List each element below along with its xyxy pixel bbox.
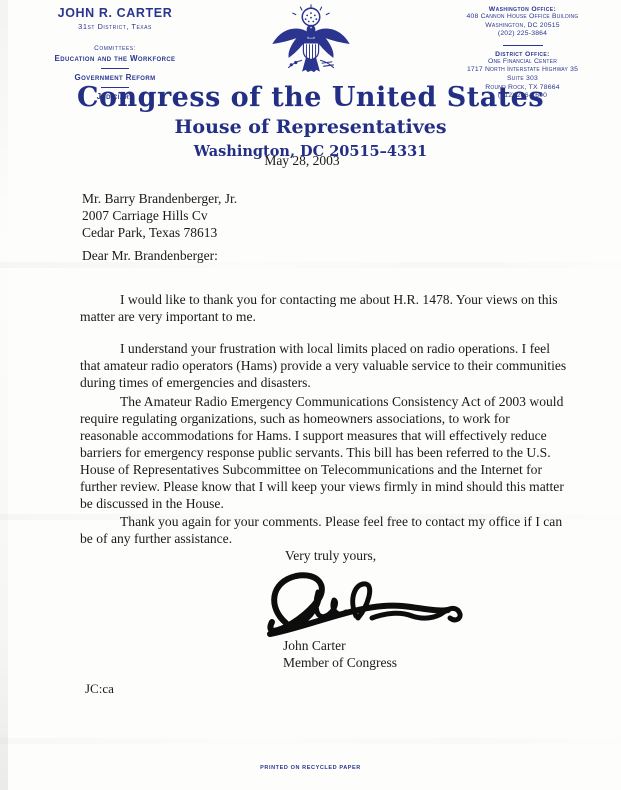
org-name-line1: Congress of the United States bbox=[0, 82, 621, 113]
letterhead-center: Congress of the United States House of R… bbox=[0, 0, 621, 160]
body-paragraph: Thank you again for your comments. Pleas… bbox=[80, 513, 570, 547]
recipient-street: 2007 Carriage Hills Cv bbox=[82, 207, 237, 224]
recycled-paper-note: PRINTED ON RECYCLED PAPER bbox=[0, 765, 621, 771]
signature-image bbox=[252, 568, 467, 646]
signer-title: Member of Congress bbox=[283, 654, 397, 671]
body-paragraph: The Amateur Radio Emergency Communicatio… bbox=[80, 393, 570, 512]
recipient-address-block: Mr. Barry Brandenberger, Jr. 2007 Carria… bbox=[82, 190, 237, 241]
salutation: Dear Mr. Brandenberger: bbox=[82, 248, 218, 264]
signer-name: John Carter bbox=[283, 637, 397, 654]
org-name-line2: House of Representatives bbox=[0, 116, 621, 138]
great-seal-eagle-icon bbox=[265, 4, 357, 80]
body-paragraph: I understand your frustration with local… bbox=[80, 340, 570, 391]
recipient-city: Cedar Park, Texas 78613 bbox=[82, 224, 237, 241]
signature-block: John Carter Member of Congress bbox=[283, 637, 397, 671]
closing: Very truly yours, bbox=[285, 548, 376, 564]
scan-artifact bbox=[0, 738, 621, 744]
recipient-name: Mr. Barry Brandenberger, Jr. bbox=[82, 190, 237, 207]
letter-date: May 28, 2003 bbox=[0, 153, 604, 169]
scanned-letter-page: JOHN R. CARTER 31st District, Texas Comm… bbox=[0, 0, 621, 790]
body-paragraph: I would like to thank you for contacting… bbox=[80, 291, 570, 325]
reference-initials: JC:ca bbox=[85, 681, 114, 697]
